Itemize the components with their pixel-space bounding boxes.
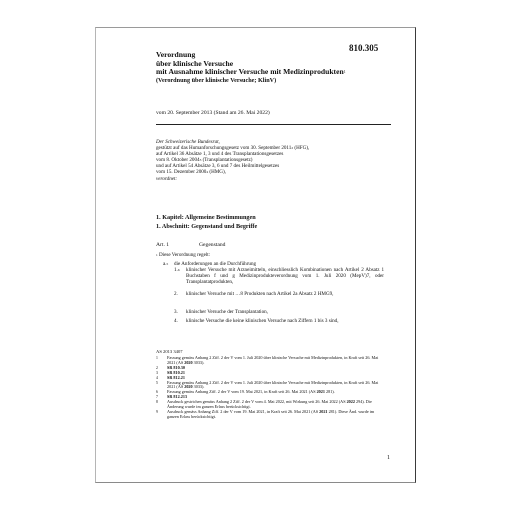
paragraph-number: 1 (156, 253, 158, 257)
item-text: klinischer Versuche der Transplantation, (186, 309, 384, 315)
article-title: Gegenstand (199, 242, 225, 248)
footnote-ref-link[interactable]: 2021 (319, 409, 327, 414)
chapter-title: 1. Kapitel: Allgemeine Bestimmungen (156, 214, 257, 223)
footnote-ref-link[interactable]: SR 812.21 (167, 375, 185, 380)
item-number: 3. (174, 309, 178, 315)
preamble-verb: verordnet: (156, 176, 309, 182)
short-title: (Verordnung über klinische Versuche; Kli… (156, 77, 346, 86)
footnote-ref[interactable]: 3 (200, 158, 202, 162)
footnote-ref-link[interactable]: 2022 (347, 399, 355, 404)
article-heading: Art. 1 Gegenstand (156, 242, 169, 248)
sub-label: a.5 (163, 261, 174, 267)
sr-number: 810.305 (349, 43, 378, 53)
item-number: 2. (174, 291, 178, 297)
chapter-heading: 1. Kapitel: Allgemeine Bestimmungen 1. A… (156, 214, 257, 231)
footnote-ref[interactable]: 2 (291, 146, 293, 150)
footnote-ref-link[interactable]: 2021 (317, 389, 325, 394)
item-number: 4. (174, 318, 178, 324)
list-item: 3.klinischer Versuche der Transplantatio… (174, 309, 384, 315)
footnote-number: 5 (156, 381, 158, 386)
article-intro: 1 Diese Verordnung regelt: (156, 252, 210, 258)
item-text: klinische Versuche die keine klinischen … (186, 318, 384, 324)
list-item: 4.klinische Versuche die keine klinische… (174, 318, 384, 324)
section-title: 1. Abschnitt: Gegenstand und Begriffe (156, 223, 257, 232)
official-collection-ref: AS 2013 3407 (156, 349, 183, 354)
header-divider (156, 124, 391, 125)
list-item: 2.klinischer Versuche mit …8 Produkten n… (174, 291, 384, 297)
footnote: 9Ausdruck gemäss Anhang Ziff. 2 der V vo… (156, 410, 386, 420)
article-number: Art. 1 (156, 242, 169, 248)
sub-footnote-ref[interactable]: 5 (167, 262, 169, 266)
intro-text: Diese Verordnung regelt: (159, 252, 210, 258)
title-footnote-ref[interactable]: 1 (344, 69, 346, 74)
item-text: klinischer Versuche mit …8 Produkten nac… (186, 291, 384, 297)
footnote-ref-link[interactable]: 2020 (184, 360, 192, 365)
footnote: 1Fassung gemäss Anhang 2 Ziff. 2 der V v… (156, 356, 386, 366)
title-line-3: mit Ausnahme klinischer Versuche mit Med… (156, 68, 346, 77)
page-number: 1 (387, 455, 390, 461)
footnote-number: 9 (156, 410, 158, 415)
title-line-3-text: mit Ausnahme klinischer Versuche mit Med… (156, 67, 344, 76)
item-number: 1.6 (174, 267, 180, 273)
date-line: vom 20. September 2013 (Stand am 26. Mai… (156, 110, 270, 116)
footnote-ref[interactable]: 4 (206, 170, 208, 174)
item-text: klinischer Versuche mit Arzneimitteln, e… (186, 267, 384, 286)
list-item: 1.6klinischer Versuche mit Arzneimitteln… (174, 267, 384, 286)
footnote-number: 8 (156, 400, 158, 405)
document-title: Verordnung über klinische Versuche mit A… (156, 51, 346, 85)
footnotes: 1Fassung gemäss Anhang 2 Ziff. 2 der V v… (156, 356, 386, 420)
preamble: Der Schweizerische Bundesrat, gestützt a… (156, 139, 309, 182)
footnote-number: 1 (156, 356, 158, 361)
